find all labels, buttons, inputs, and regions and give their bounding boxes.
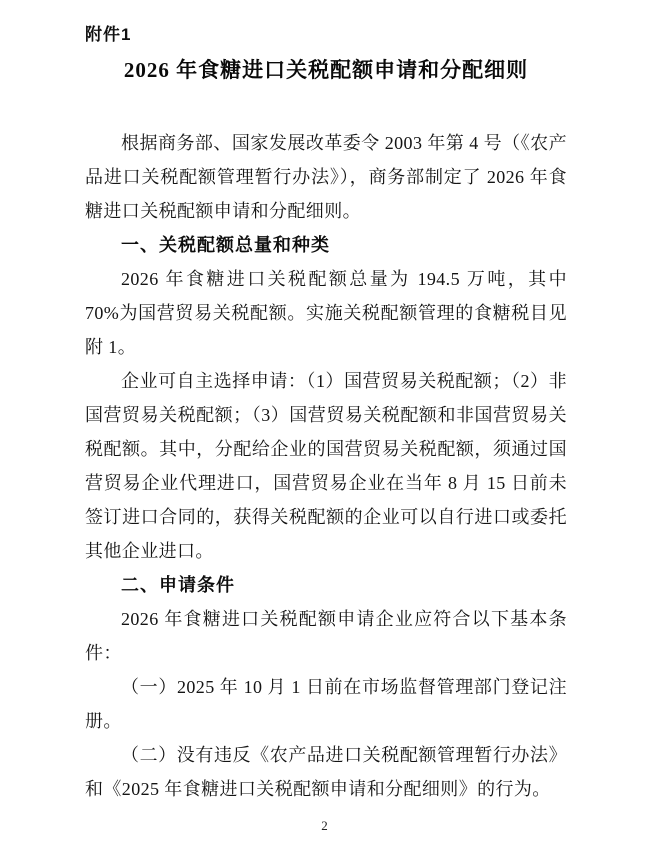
attachment-label: 附件1 [85,20,131,45]
paragraph-condition-2: （二）没有违反《农产品进口关税配额管理暂行办法》和《2025 年食糖进口关税配额… [85,738,567,806]
document-title: 2026 年食糖进口关税配额申请和分配细则 [85,54,567,84]
document-body: 根据商务部、国家发展改革委令 2003 年第 4 号（《农产品进口关税配额管理暂… [85,126,567,806]
document-page: 附件1 2026 年食糖进口关税配额申请和分配细则 根据商务部、国家发展改革委令… [0,0,649,852]
paragraph-condition-1: （一）2025 年 10 月 1 日前在市场监督管理部门登记注册。 [85,670,567,738]
section-heading-2: 二、申请条件 [85,568,567,602]
section-heading-1: 一、关税配额总量和种类 [85,228,567,262]
paragraph-quota-types: 企业可自主选择申请：（1）国营贸易关税配额；（2）非国营贸易关税配额；（3）国营… [85,364,567,568]
paragraph-conditions-intro: 2026 年食糖进口关税配额申请企业应符合以下基本条件： [85,602,567,670]
page-number: 2 [0,818,649,834]
paragraph-intro: 根据商务部、国家发展改革委令 2003 年第 4 号（《农产品进口关税配额管理暂… [85,126,567,228]
paragraph-quota-total: 2026 年食糖进口关税配额总量为 194.5 万吨，其中 70%为国营贸易关税… [85,262,567,364]
